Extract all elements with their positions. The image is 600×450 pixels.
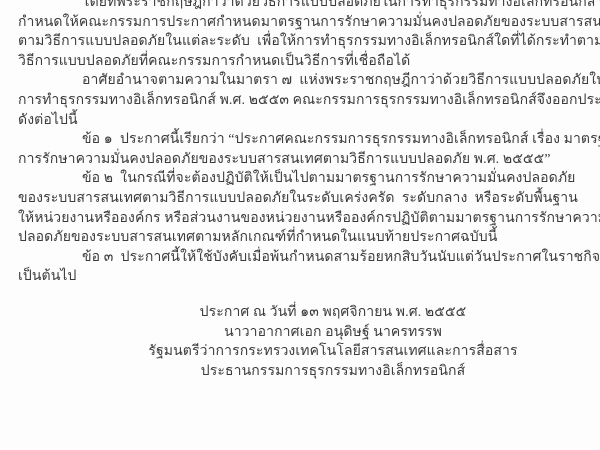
document-line: ปลอดภัยของระบบสารสนเทศตามหลักเกณฑ์ที่กำห…: [18, 228, 592, 248]
document-line: การทำธุรกรรมทางอิเล็กทรอนิกส์ พ.ศ. ๒๕๕๓ …: [18, 91, 592, 111]
document-page: โดยที่พระราชกฤษฎีกาว่าด้วยวิธีการแบบปลอด…: [0, 0, 600, 450]
signature-line-role: ประธานกรรมการธุรกรรมทางอิเล็กทรอนิกส์: [66, 362, 600, 382]
document-line: อาศัยอำนาจตามความในมาตรา ๗ แห่งพระราชกฤษ…: [18, 71, 592, 91]
document-line: วิธีการแบบปลอดภัยที่คณะกรรมการกำหนดเป็นว…: [18, 52, 592, 72]
signature-line-name: นาวาอากาศเอก อนุดิษฐ์ นาครทรรพ: [66, 323, 600, 343]
document-line: ข้อ ๑ ประกาศนี้เรียกว่า “ประกาศคณะกรรมกา…: [18, 130, 592, 150]
document-line: ให้หน่วยงานหรือองค์กร หรือส่วนงานของหน่ว…: [18, 209, 592, 229]
document-line: เป็นต้นไป: [18, 267, 592, 287]
document-line: การรักษาความมั่นคงปลอดภัยของระบบสารสนเทศ…: [18, 150, 592, 170]
document-body: โดยที่พระราชกฤษฎีกาว่าด้วยวิธีการแบบปลอด…: [18, 0, 592, 381]
document-line: ดังต่อไปนี้: [18, 111, 592, 131]
document-line: ข้อ ๒ ในกรณีที่จะต้องปฏิบัติให้เป็นไปตาม…: [18, 169, 592, 189]
document-line: กำหนดให้คณะกรรมการประกาศกำหนดมาตรฐานการร…: [18, 13, 592, 33]
document-line: ตามวิธีการแบบปลอดภัยในแต่ละระดับ เพื่อให…: [18, 32, 592, 52]
signature-line-title: รัฐมนตรีว่าการกระทรวงเทคโนโลยีสารสนเทศแล…: [66, 342, 600, 362]
document-line: ของระบบสารสนเทศตามวิธีการแบบปลอดภัยในระด…: [18, 189, 592, 209]
signature-block: ประกาศ ณ วันที่ ๑๓ พฤศจิกายน พ.ศ. ๒๕๕๕ น…: [66, 303, 600, 381]
document-line: ข้อ ๓ ประกาศนี้ให้ใช้บังคับเมื่อพ้นกำหนด…: [18, 248, 592, 268]
document-line: โดยที่พระราชกฤษฎีกาว่าด้วยวิธีการแบบปลอด…: [18, 0, 592, 13]
signature-line-date: ประกาศ ณ วันที่ ๑๓ พฤศจิกายน พ.ศ. ๒๕๕๕: [66, 303, 600, 323]
